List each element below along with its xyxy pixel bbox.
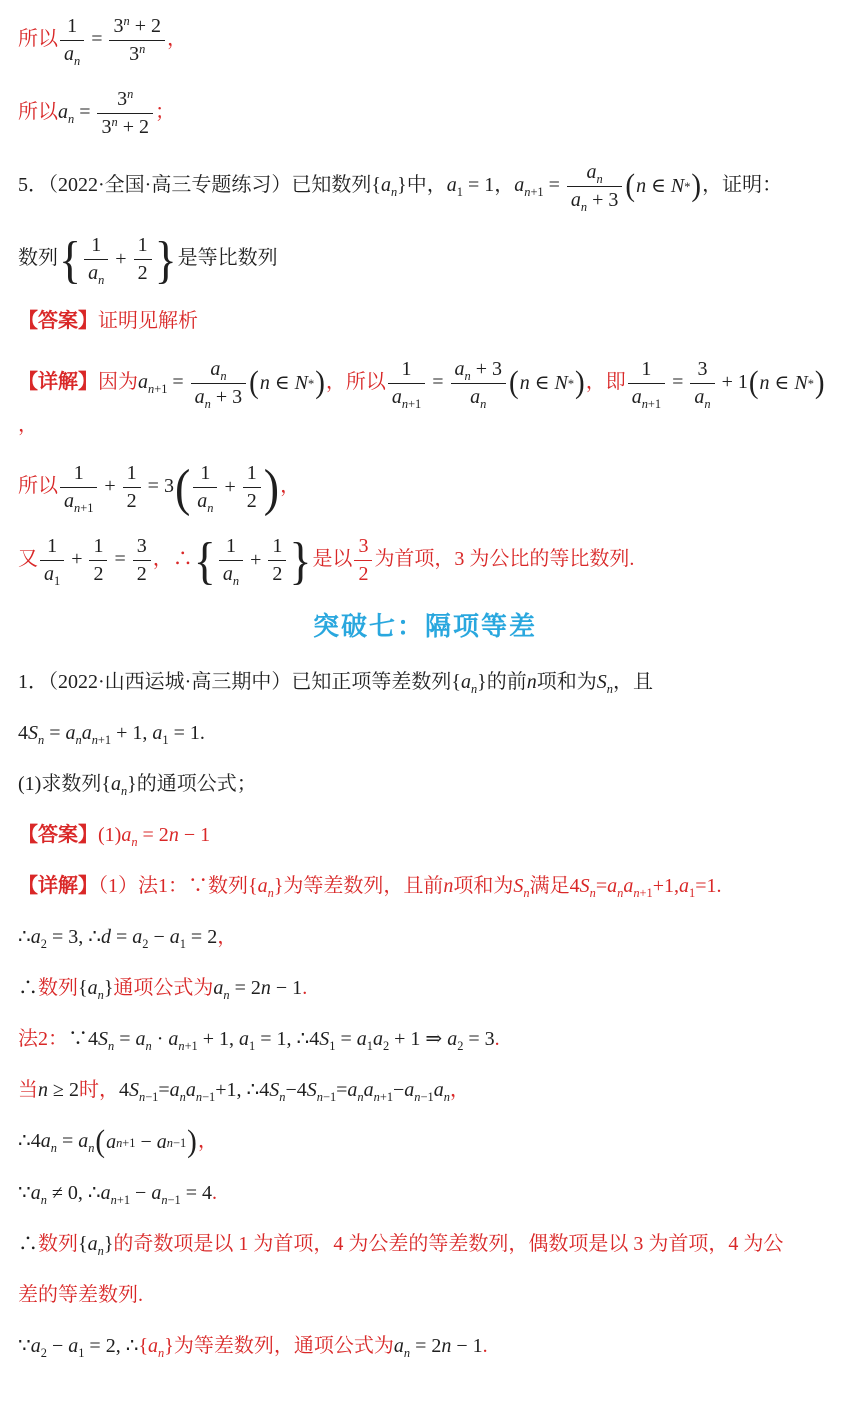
text-run: 所以 bbox=[18, 101, 58, 123]
text-run: 的通项公式； bbox=[137, 773, 257, 795]
math-run: an = 2n − 1 bbox=[213, 977, 302, 999]
fraction: 1an+1 bbox=[60, 461, 97, 514]
text-run: 法2： bbox=[18, 1028, 68, 1050]
text-run: ， bbox=[18, 414, 38, 436]
math-run: ∵4Sn = an · an+1 + 1, a1 = 1, ∴4S1 = a1a… bbox=[68, 1028, 495, 1050]
math-run: 1an+1 = an + 3an(n ∈ N*) bbox=[386, 371, 586, 393]
text-run: 的前 bbox=[487, 671, 527, 693]
fraction: 1an bbox=[193, 461, 217, 514]
text-run: 所以 bbox=[18, 28, 58, 50]
text-run: 项和为 bbox=[537, 671, 597, 693]
math-run: a1 = 1 bbox=[447, 174, 494, 196]
math-run: 4Sn−1=anan−1+1, ∴4Sn−4Sn−1=anan+1−an−1an bbox=[119, 1079, 450, 1101]
text-run: (1)求数列 bbox=[18, 773, 101, 795]
fraction: 12 bbox=[89, 534, 107, 587]
text-run: 【答案】 bbox=[18, 310, 98, 332]
problem-1-line-1: 1．（2022·山西运城·高三期中）已知正项等差数列{an}的前n项和为Sn，且 bbox=[18, 667, 832, 698]
problem-1-line-2: 4Sn = anan+1 + 1, a1 = 1. bbox=[18, 718, 832, 749]
math-run: 32 bbox=[352, 548, 374, 570]
text-run: . bbox=[212, 1182, 217, 1204]
text-run: ； bbox=[155, 101, 175, 123]
problem-5-line-1: 5．（2022·全国·高三专题练习）已知数列{an}中，a1 = 1，an+1 … bbox=[18, 160, 832, 213]
math-run: {an} bbox=[138, 1335, 173, 1357]
big-paren-group: (n ∈ N*) bbox=[748, 368, 826, 399]
text-run: ，即 bbox=[586, 371, 626, 393]
method-1-step-2: ∴数列{an}通项公式为an = 2n − 1. bbox=[18, 973, 832, 1004]
text-run: 为等差数列，通项公式为 bbox=[174, 1335, 394, 1357]
math-run: n bbox=[443, 875, 453, 897]
text-run: ， bbox=[450, 1079, 470, 1101]
big-brace-group: {1an + 12} bbox=[58, 233, 178, 286]
problem-5-line-2: 数列{1an + 12}是等比数列 bbox=[18, 233, 832, 286]
math-run: 1an+1 = 3an + 1(n ∈ N*) bbox=[626, 371, 826, 393]
text-run: 是以 bbox=[312, 548, 352, 570]
math-run: an = 3n3n + 2 bbox=[58, 101, 155, 123]
math-run: an = 2n − 1 bbox=[394, 1335, 483, 1357]
text-run: (1) bbox=[98, 824, 121, 846]
fraction: 12 bbox=[123, 461, 141, 514]
fraction: 1an bbox=[84, 233, 108, 286]
document: 所以1an = 3n + 23n，所以an = 3n3n + 2；5．（2022… bbox=[18, 14, 832, 1362]
math-run: n ≥ 2 bbox=[38, 1079, 79, 1101]
text-run: . bbox=[483, 1335, 488, 1357]
answer-1: 【答案】(1)an = 2n − 1 bbox=[18, 820, 832, 851]
text-run: ，∴ bbox=[153, 548, 193, 570]
math-run: 1a1 + 12 = 32 bbox=[38, 548, 153, 570]
fraction: 12 bbox=[243, 461, 261, 514]
math-run: {an} bbox=[78, 977, 113, 999]
math-run: ∴a2 = 3, ∴d = a2 − a1 = 2 bbox=[18, 926, 217, 948]
math-run: {an} bbox=[451, 671, 486, 693]
math-run: ∵an ≠ 0, ∴an+1 − an−1 = 4 bbox=[18, 1182, 212, 1204]
text-run: （1）法1：∵数列 bbox=[98, 875, 248, 897]
text-run: ， bbox=[198, 1130, 218, 1152]
fraction: 32 bbox=[354, 534, 372, 587]
text-run: . bbox=[495, 1028, 500, 1050]
text-run: . bbox=[302, 977, 307, 999]
explain-5-line-1: 【详解】因为an+1 = anan + 3(n ∈ N*)，所以1an+1 = … bbox=[18, 357, 832, 441]
conclusion-line-2: 所以an = 3n3n + 2； bbox=[18, 87, 832, 140]
fraction: 3n + 23n bbox=[109, 14, 164, 67]
fraction: 12 bbox=[134, 233, 152, 286]
text-run: ，且 bbox=[613, 671, 653, 693]
fraction: 1an bbox=[60, 14, 84, 67]
text-run: ， bbox=[217, 926, 237, 948]
math-run: Sn bbox=[513, 875, 529, 897]
math-run: n bbox=[527, 671, 537, 693]
math-run: {an} bbox=[371, 174, 406, 196]
big-paren-group: (n ∈ N*) bbox=[248, 368, 326, 399]
math-run: 1an+1 + 12 = 3(1an + 12) bbox=[58, 475, 280, 497]
text-run: 证明见解析 bbox=[98, 310, 198, 332]
math-run: ∴ bbox=[18, 1233, 38, 1255]
explain-1: 【详解】（1）法1：∵数列{an}为等差数列，且前n项和为Sn满足4Sn=ana… bbox=[18, 871, 832, 902]
text-run: 满足 bbox=[530, 875, 570, 897]
text-run: 当 bbox=[18, 1079, 38, 1101]
method-2-step-2: ∴4an = an(an+1 − an−1)， bbox=[18, 1126, 832, 1158]
math-run: Sn bbox=[597, 671, 613, 693]
text-run: 所以 bbox=[18, 475, 58, 497]
text-run: ，所以 bbox=[326, 371, 386, 393]
text-run: 又 bbox=[18, 548, 38, 570]
fraction: 1an+1 bbox=[628, 357, 665, 410]
text-run: 差的等差数列. bbox=[18, 1284, 143, 1306]
math-run: an+1 = anan + 3(n ∈ N*) bbox=[514, 174, 702, 196]
text-run: ， bbox=[280, 475, 300, 497]
text-run: 通项公式为 bbox=[113, 977, 213, 999]
text-run: 【答案】 bbox=[18, 824, 98, 846]
math-run: 4Sn=anan+1+1,a1=1. bbox=[570, 875, 722, 897]
text-run: 突破七：隔项等差 bbox=[313, 612, 537, 641]
fraction: 32 bbox=[133, 534, 151, 587]
math-run: {an} bbox=[248, 875, 283, 897]
fraction: 1an bbox=[219, 534, 243, 587]
math-run: an = 2n − 1 bbox=[121, 824, 210, 846]
text-run: 中， bbox=[407, 174, 447, 196]
math-run: 4Sn = anan+1 + 1, a1 = 1. bbox=[18, 722, 205, 744]
text-run: 为首项，3 为公比的等比数列. bbox=[374, 548, 634, 570]
big-paren-group: (n ∈ N*) bbox=[508, 368, 586, 399]
explain-5-line-3: 又1a1 + 12 = 32，∴{1an + 12}是以32为首项，3 为公比的… bbox=[18, 534, 832, 587]
method-1-step-1: ∴a2 = 3, ∴d = a2 − a1 = 2， bbox=[18, 922, 832, 953]
text-run: 的奇数项是以 1 为首项，4 为公差的等差数列，偶数项是以 3 为首项，4 为公 bbox=[113, 1233, 783, 1255]
conclusion-line-1: 所以1an = 3n + 23n， bbox=[18, 14, 832, 67]
method-2-intro: 法2：∵4Sn = an · an+1 + 1, a1 = 1, ∴4S1 = … bbox=[18, 1024, 832, 1055]
text-run: 1．（2022·山西运城·高三期中）已知正项等差数列 bbox=[18, 671, 451, 693]
math-run: {an} bbox=[101, 773, 136, 795]
method-2-conclusion-2: 差的等差数列. bbox=[18, 1280, 832, 1311]
question-1: (1)求数列{an}的通项公式； bbox=[18, 769, 832, 800]
fraction: 12 bbox=[268, 534, 286, 587]
text-run: ， bbox=[167, 28, 187, 50]
text-run: 数列 bbox=[38, 1233, 78, 1255]
fraction: 1an+1 bbox=[388, 357, 425, 410]
text-run: 数列 bbox=[18, 247, 58, 269]
text-run: 5．（2022·全国·高三专题练习）已知数列 bbox=[18, 174, 371, 196]
math-run: ∴ bbox=[18, 977, 38, 999]
math-run: ∵a2 − a1 = 2, ∴ bbox=[18, 1335, 138, 1357]
math-run: an+1 = anan + 3(n ∈ N*) bbox=[138, 371, 326, 393]
text-run: 【详解】 bbox=[18, 875, 98, 897]
text-run: ， bbox=[494, 174, 514, 196]
method-2-step-1: 当n ≥ 2时，4Sn−1=anan−1+1, ∴4Sn−4Sn−1=anan+… bbox=[18, 1075, 832, 1106]
math-run: {1an + 12} bbox=[58, 247, 178, 269]
text-run: 项和为 bbox=[453, 875, 513, 897]
text-run: 因为 bbox=[98, 371, 138, 393]
fraction: anan + 3 bbox=[567, 160, 622, 213]
math-run: {an} bbox=[78, 1233, 113, 1255]
math-run: ∴4an = an(an+1 − an−1) bbox=[18, 1130, 198, 1152]
fraction: 1a1 bbox=[40, 534, 64, 587]
big-paren-group: (an+1 − an−1) bbox=[94, 1127, 197, 1158]
fraction: anan + 3 bbox=[191, 357, 246, 410]
fraction: 3n3n + 2 bbox=[97, 87, 152, 140]
text-run: ，证明： bbox=[702, 174, 782, 196]
fraction: an + 3an bbox=[451, 357, 506, 410]
method-2-final: ∵a2 − a1 = 2, ∴{an}为等差数列，通项公式为an = 2n − … bbox=[18, 1331, 832, 1362]
text-run: 【详解】 bbox=[18, 371, 98, 393]
section-heading: 突破七：隔项等差 bbox=[18, 607, 832, 647]
big-paren-group: (1an + 12) bbox=[174, 461, 280, 514]
method-2-conclusion-1: ∴数列{an}的奇数项是以 1 为首项，4 为公差的等差数列，偶数项是以 3 为… bbox=[18, 1229, 832, 1260]
math-run: {1an + 12} bbox=[193, 548, 313, 570]
big-paren-group: (n ∈ N*) bbox=[624, 171, 702, 202]
text-run: 时， bbox=[79, 1079, 119, 1101]
big-brace-group: {1an + 12} bbox=[193, 534, 313, 587]
fraction: 3an bbox=[690, 357, 714, 410]
answer-5: 【答案】证明见解析 bbox=[18, 306, 832, 337]
text-run: 数列 bbox=[38, 977, 78, 999]
text-run: 为等差数列，且前 bbox=[283, 875, 443, 897]
math-run: 1an = 3n + 23n bbox=[58, 28, 167, 50]
explain-5-line-2: 所以1an+1 + 12 = 3(1an + 12)， bbox=[18, 461, 832, 514]
method-2-step-3: ∵an ≠ 0, ∴an+1 − an−1 = 4. bbox=[18, 1178, 832, 1209]
text-run: 是等比数列 bbox=[178, 247, 278, 269]
